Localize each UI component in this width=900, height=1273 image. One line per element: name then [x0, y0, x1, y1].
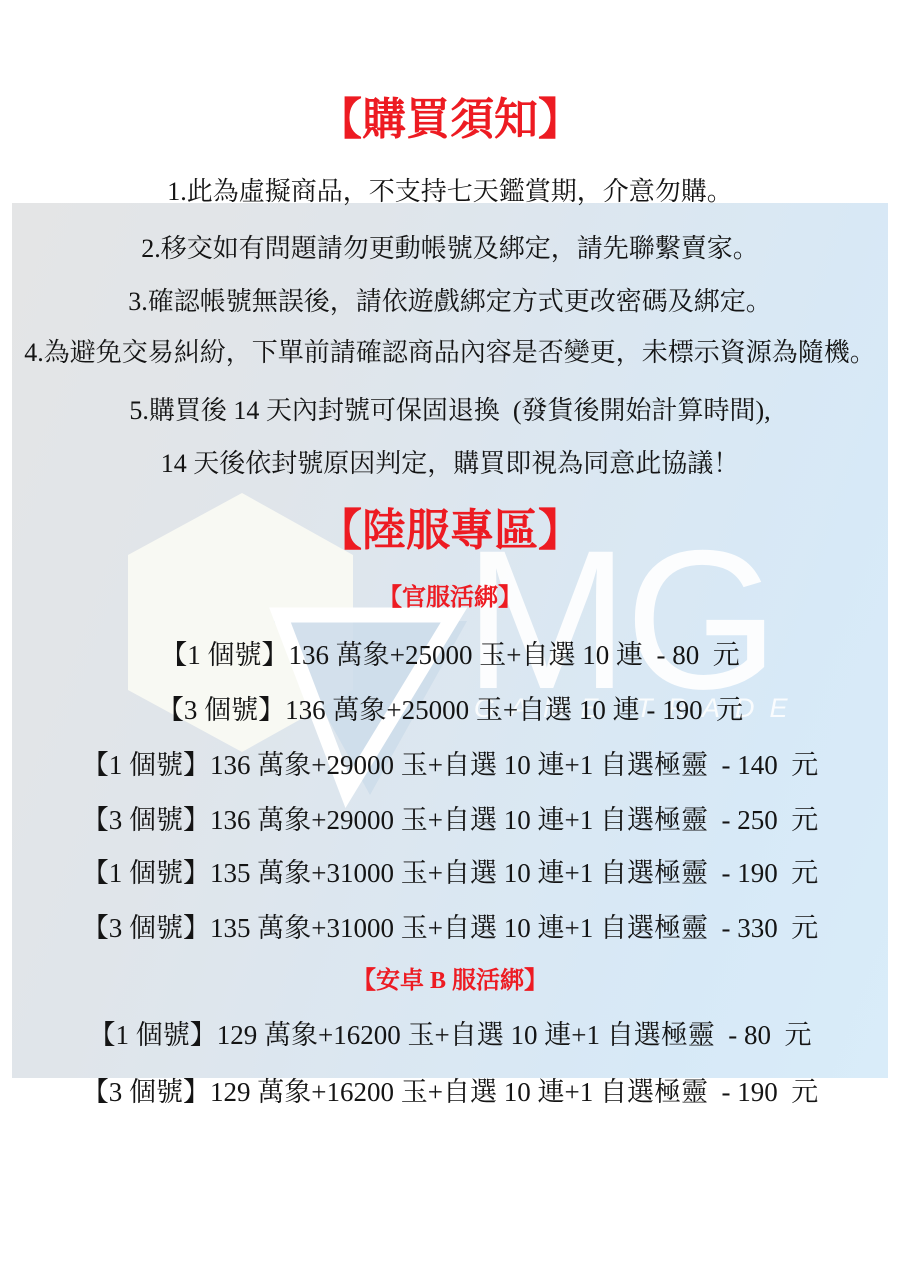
offer-line-android-2: 【3 個號】129 萬象+16200 玉+自選 10 連+1 自選極靈 - 19… — [0, 1076, 900, 1108]
notice-item-1: 1.此為虛擬商品，不支持七天鑑賞期，介意勿購。 — [0, 176, 900, 207]
notice-title: 【購買須知】 — [0, 94, 900, 146]
offer-line-official-3: 【1 個號】136 萬象+29000 玉+自選 10 連+1 自選極靈 - 14… — [0, 749, 900, 781]
notice-item-2: 2.移交如有問題請勿更動帳號及綁定，請先聯繫賣家。 — [0, 233, 900, 264]
purchase-notice-flyer: MG GAME TRADE 【購買須知】 1.此為虛擬商品，不支持七天鑑賞期，介… — [0, 0, 900, 1273]
offer-line-official-2: 【3 個號】136 萬象+25000 玉+自選 10 連 - 190 元 — [0, 694, 900, 726]
offer-line-official-1: 【1 個號】136 萬象+25000 玉+自選 10 連 - 80 元 — [0, 639, 900, 671]
offer-line-official-4: 【3 個號】136 萬象+29000 玉+自選 10 連+1 自選極靈 - 25… — [0, 804, 900, 836]
section-title: 【陸服專區】 — [0, 505, 900, 557]
offer-line-official-6: 【3 個號】135 萬象+31000 玉+自選 10 連+1 自選極靈 - 33… — [0, 912, 900, 944]
offer-line-official-5: 【1 個號】135 萬象+31000 玉+自選 10 連+1 自選極靈 - 19… — [0, 857, 900, 889]
offer-line-android-1: 【1 個號】129 萬象+16200 玉+自選 10 連+1 自選極靈 - 80… — [0, 1019, 900, 1051]
notice-item-5: 5.購買後 14 天內封號可保固退換 (發貨後開始計算時間), — [0, 395, 900, 426]
group-heading-official: 【官服活綁】 — [0, 583, 900, 613]
notice-item-4: 4.為避免交易糾紛，下單前請確認商品內容是否變更，未標示資源為隨機。 — [0, 337, 900, 368]
notice-item-6: 14 天後依封號原因判定，購買即視為同意此協議！ — [0, 448, 900, 479]
notice-item-3: 3.確認帳號無誤後，請依遊戲綁定方式更改密碼及綁定。 — [0, 286, 900, 317]
group-heading-android-b: 【安卓 B 服活綁】 — [0, 966, 900, 996]
